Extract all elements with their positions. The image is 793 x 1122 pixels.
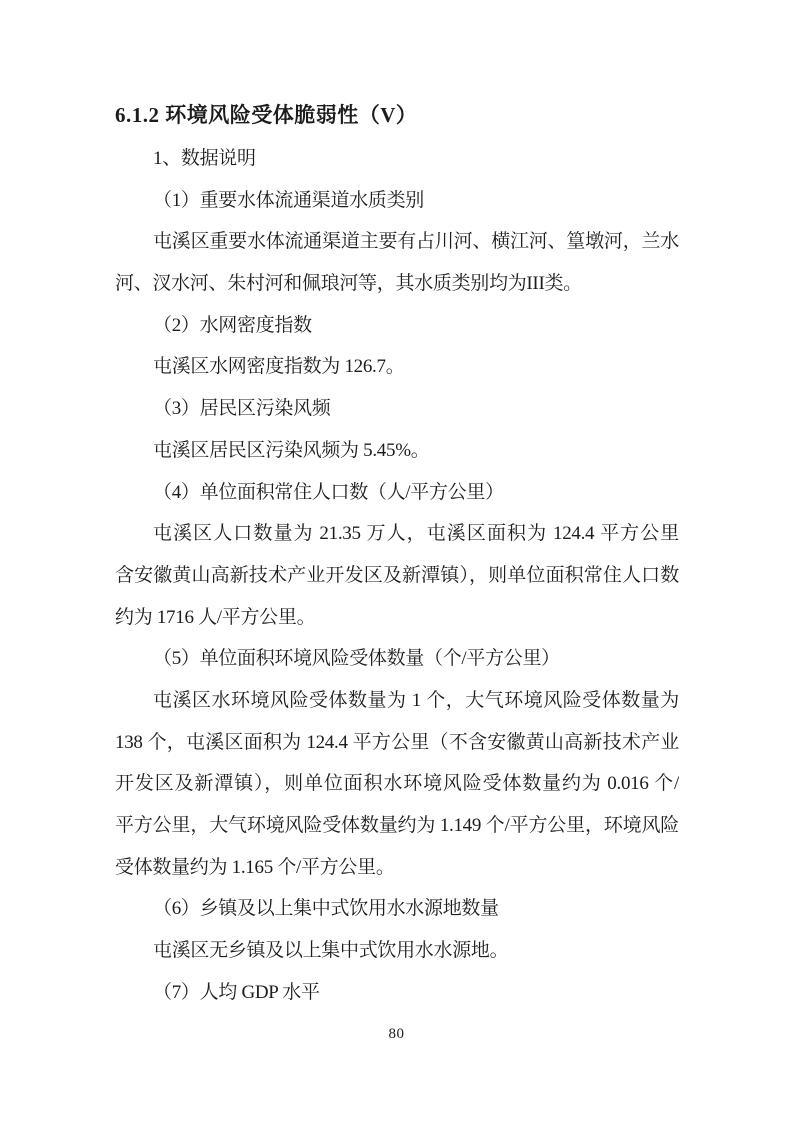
text-line: （7）人均 GDP 水平 bbox=[115, 972, 679, 1014]
text-line: （1）重要水体流通渠道水质类别 bbox=[115, 180, 679, 222]
text-line: （6）乡镇及以上集中式饮用水水源地数量 bbox=[115, 888, 679, 930]
document-page: 6.1.2 环境风险受体脆弱性（V） 1、数据说明（1）重要水体流通渠道水质类别… bbox=[0, 0, 793, 1122]
page-number: 80 bbox=[0, 1026, 793, 1043]
text-line: 开发区及新潭镇），则单位面积水环境风险受体数量约为 0.016 个/ bbox=[115, 763, 679, 805]
text-line: 约为 1716 人/平方公里。 bbox=[115, 597, 679, 639]
text-line: 屯溪区人口数量为 21.35 万人，屯溪区面积为 124.4 平方公里（不 bbox=[115, 513, 679, 555]
text-line: 受体数量约为 1.165 个/平方公里。 bbox=[115, 847, 679, 889]
text-line: （3）居民区污染风频 bbox=[115, 388, 679, 430]
text-line: 屯溪区重要水体流通渠道主要有占川河、横江河、篁墩河，兰水 bbox=[115, 221, 679, 263]
text-line: 1、数据说明 bbox=[115, 138, 679, 180]
text-line: （4）单位面积常住人口数（人/平方公里） bbox=[115, 472, 679, 514]
text-line: （5）单位面积环境风险受体数量（个/平方公里） bbox=[115, 638, 679, 680]
text-line: 平方公里，大气环境风险受体数量约为 1.149 个/平方公里，环境风险 bbox=[115, 805, 679, 847]
text-line: 屯溪区居民区污染风频为 5.45%。 bbox=[115, 430, 679, 472]
section-heading: 6.1.2 环境风险受体脆弱性（V） bbox=[115, 101, 679, 130]
text-line: 138 个，屯溪区面积为 124.4 平方公里（不含安徽黄山高新技术产业 bbox=[115, 722, 679, 764]
text-line: 含安徽黄山高新技术产业开发区及新潭镇），则单位面积常住人口数 bbox=[115, 555, 679, 597]
text-line: 屯溪区水网密度指数为 126.7。 bbox=[115, 346, 679, 388]
text-line: （2）水网密度指数 bbox=[115, 305, 679, 347]
text-line: 屯溪区无乡镇及以上集中式饮用水水源地。 bbox=[115, 930, 679, 972]
text-line: 河、汊水河、朱村河和佩琅河等，其水质类别均为III类。 bbox=[115, 263, 679, 305]
document-body: 1、数据说明（1）重要水体流通渠道水质类别屯溪区重要水体流通渠道主要有占川河、横… bbox=[115, 138, 679, 1013]
text-line: 屯溪区水环境风险受体数量为 1 个，大气环境风险受体数量为 bbox=[115, 680, 679, 722]
